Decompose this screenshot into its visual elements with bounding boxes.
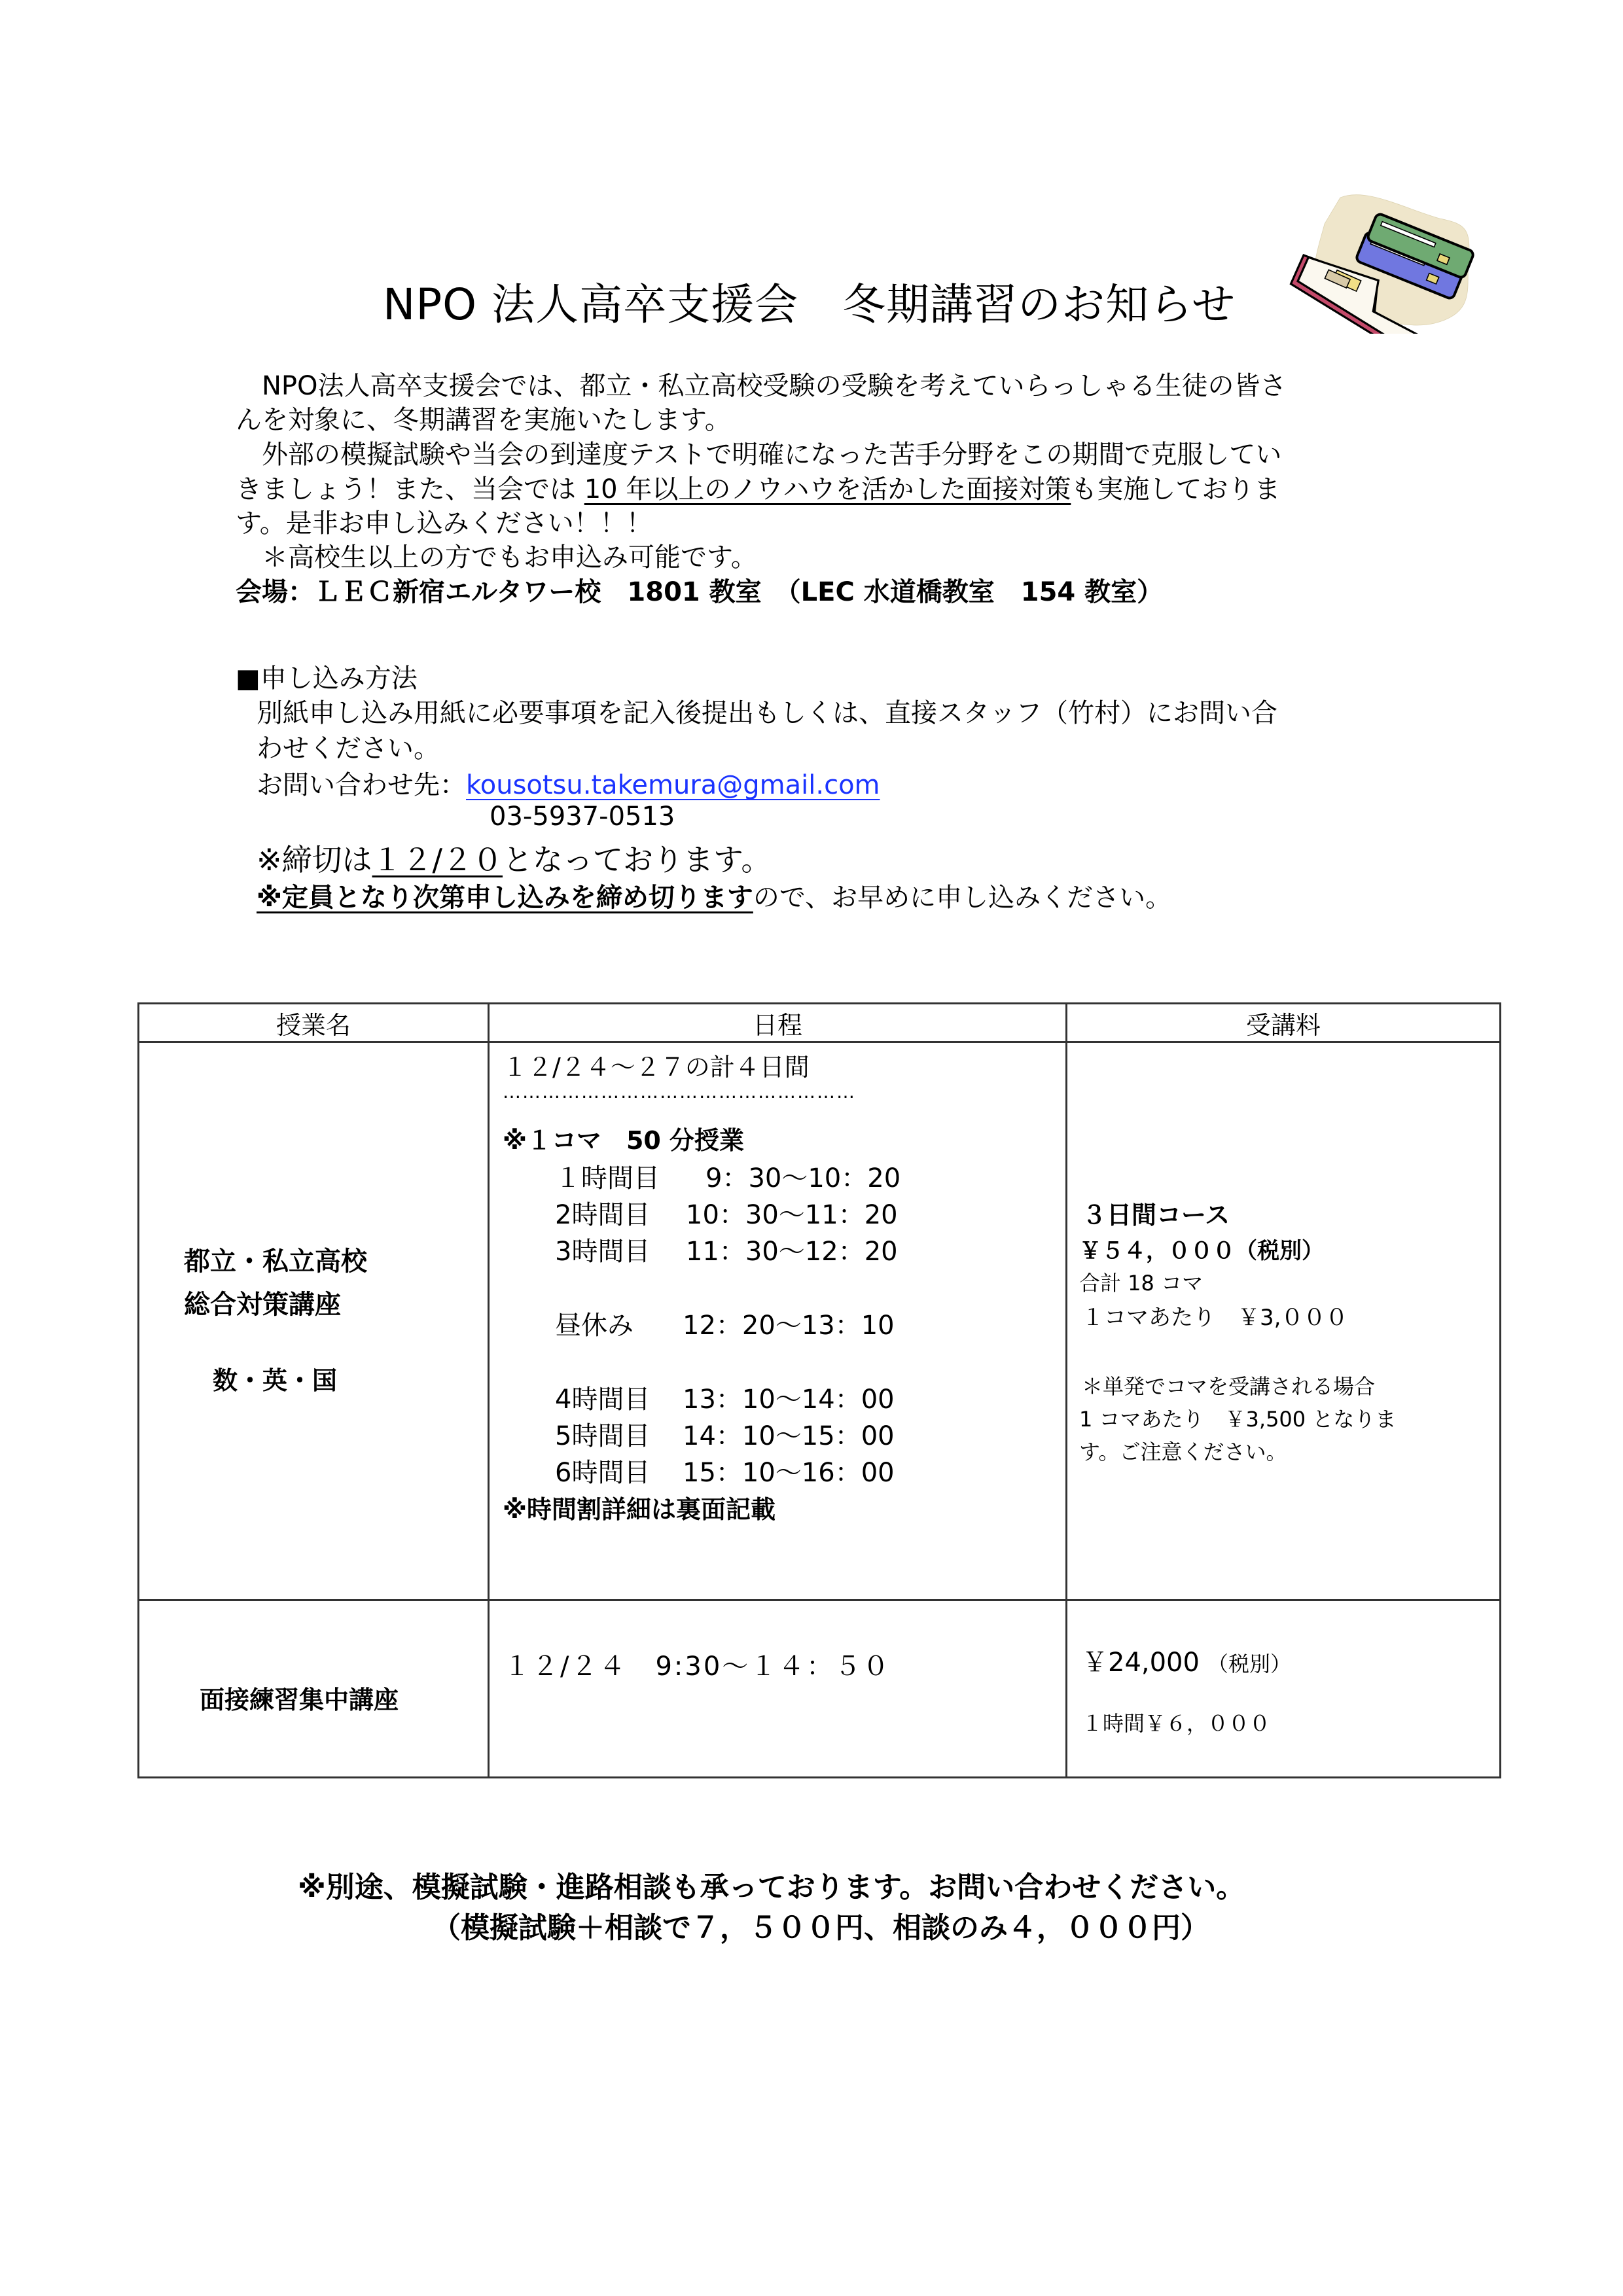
slot-label: 2時間目 [555, 1194, 650, 1231]
fee-cell: ３日間コース ￥５４，０００（税別） 合計 18 コマ １コマあたり ￥3,００… [1067, 1042, 1501, 1600]
course-name: 総合対策講座 [184, 1284, 341, 1321]
deadline-text: ※締切は [257, 842, 372, 877]
table-row: 面接練習集中講座 １２/２４ 9:30～１４：５０ ￥24,000（税別） １時… [139, 1600, 1501, 1778]
capacity-text: ので、お早めに申し込みください。 [753, 883, 1171, 913]
slot-time: 9：30～10：20 [705, 1157, 901, 1195]
schedule-cell: １２/２４～２７の計４日間 ……………………………………………… ※１コマ 50… [489, 1042, 1067, 1600]
schedule-table: 授業名 日程 受講料 都立・私立高校 総合対策講座 数・英・国 １２/２４～２７… [137, 1002, 1501, 1778]
slot-time: 10：30～11：20 [686, 1194, 898, 1231]
course-name: 都立・私立高校 [184, 1241, 367, 1278]
slot-label: 3時間目 [555, 1231, 650, 1268]
interview-price-row: ￥24,000（税別） [1082, 1642, 1291, 1679]
contact-label: お問い合わせ先： [257, 770, 466, 800]
tax-note: （税別） [1207, 1651, 1291, 1676]
application-line: 別紙申し込み用紙に必要事項を記入後提出もしくは、直接スタッフ（竹村）にお問い合 [257, 692, 1277, 730]
capacity-highlight: ※定員となり次第申し込みを締め切ります [257, 883, 753, 913]
fee-cell: ￥24,000（税別） １時間￥６，０００ [1067, 1600, 1501, 1778]
venue: 会場：ＬＥＣ新宿エルタワー校 1801 教室 （LEC 水道橋教室 154 教室… [236, 571, 1163, 609]
contact-row: お問い合わせ先：kousotsu.takemura@gmail.com [257, 764, 880, 802]
intro-text: きましょう！また、当会では [236, 474, 584, 504]
schedule-period: １２/２４ 9:30～１４：５０ [504, 1646, 891, 1683]
single-unit-price: す。ご注意ください。 [1079, 1436, 1287, 1466]
header-fee: 受講料 [1067, 1004, 1501, 1042]
intro-line: きましょう！また、当会では 10 年以上のノウハウを活かした面接対策も実施してお… [236, 468, 1280, 506]
intro-line: んを対象に、冬期講習を実施いたします。 [236, 399, 731, 436]
header-course-name: 授業名 [139, 1004, 489, 1042]
per-unit-price: １コマあたり ￥3,０００ [1082, 1299, 1347, 1332]
footer-note: ※別途、模擬試験・進路相談も承っております。お問い合わせください。 [298, 1863, 1245, 1905]
single-unit-price: 1 コマあたり ￥3,500 となりま [1079, 1403, 1396, 1433]
deadline-text: となっております。 [503, 842, 771, 877]
slot-time: 11：30～12：20 [686, 1231, 898, 1268]
phone-number: 03-5937-0513 [490, 802, 675, 832]
slot-label: 6時間目 [555, 1452, 650, 1489]
single-unit-note: ＊単発でコマを受講される場合 [1082, 1370, 1375, 1400]
deadline-line: ※締切は１２/２０となっております。 [257, 836, 771, 879]
slot-time: 13：10～14：00 [683, 1379, 895, 1416]
intro-line: NPO法人高卒支援会では、都立・私立高校受験の受験を考えていらっしゃる生徒の皆さ [236, 365, 1287, 402]
application-line: わせください。 [257, 728, 440, 765]
total-units: 合計 18 コマ [1079, 1267, 1203, 1297]
slot-label: １時間目 [555, 1157, 660, 1195]
deadline-date: １２/２０ [372, 842, 503, 877]
intro-text: も実施しておりま [1071, 474, 1280, 504]
interview-price: ￥24,000 [1082, 1648, 1200, 1678]
slot-time: 15：10～16：00 [683, 1452, 895, 1489]
intro-note: ＊高校生以上の方でもお申込み可能です。 [236, 537, 757, 574]
table-row: 都立・私立高校 総合対策講座 数・英・国 １２/２４～２７の計４日間 ……………… [139, 1042, 1501, 1600]
slot-label: 5時間目 [555, 1415, 650, 1453]
course-name-cell: 面接練習集中講座 [139, 1600, 489, 1778]
application-heading: ■申し込み方法 [236, 658, 418, 695]
intro-line: す。是非お申し込みください！！！ [236, 503, 652, 540]
slot-label: 昼休み [555, 1305, 633, 1342]
email-link[interactable]: kousotsu.takemura@gmail.com [466, 770, 880, 800]
per-hour-price: １時間￥６，０００ [1082, 1707, 1270, 1737]
course-name: 面接練習集中講座 [200, 1680, 399, 1716]
course-subjects: 数・英・国 [213, 1360, 337, 1396]
course-price: ￥５４，０００（税別） [1079, 1233, 1324, 1265]
slot-time: 14：10～15：00 [683, 1415, 895, 1453]
capacity-line: ※定員となり次第申し込みを締め切りますので、お早めに申し込みください。 [257, 877, 1171, 914]
course-length: ３日間コース [1082, 1195, 1230, 1231]
schedule-period: １２/２４～２７の計４日間 [503, 1047, 810, 1083]
slot-time: 12：20～13：10 [683, 1305, 895, 1342]
dotted-separator: ……………………………………………… [503, 1081, 856, 1103]
header-schedule: 日程 [489, 1004, 1067, 1042]
unit-note: ※１コマ 50 分授業 [503, 1120, 744, 1156]
books-icon [1276, 177, 1525, 334]
schedule-cell: １２/２４ 9:30～１４：５０ [489, 1600, 1067, 1778]
table-header-row: 授業名 日程 受講料 [139, 1004, 1501, 1042]
slot-label: 4時間目 [555, 1379, 650, 1416]
course-name-cell: 都立・私立高校 総合対策講座 数・英・国 [139, 1042, 489, 1600]
timetable-footnote: ※時間割詳細は裏面記載 [503, 1489, 776, 1525]
interview-highlight: 10 年以上のノウハウを活かした面接対策 [584, 474, 1071, 504]
intro-line: 外部の模擬試験や当会の到達度テストで明確になった苦手分野をこの期間で克服してい [236, 434, 1281, 471]
footer-pricing: （模擬試験＋相談で７，５００円、相談のみ４，０００円） [432, 1904, 1209, 1946]
page-title: NPO 法人高卒支援会 冬期講習のお知らせ [383, 270, 1236, 332]
